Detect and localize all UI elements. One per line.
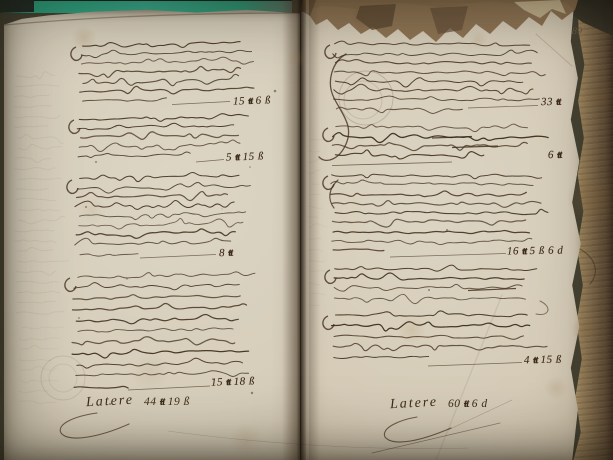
amount-left-entry-2: 5 tt 15 ß (226, 151, 264, 163)
amount-right-entry-2: 6 tt (548, 150, 562, 161)
amounts-layer: 89 Latere 44 tt 19 ß Latere 60 tt 6 d 15… (0, 0, 613, 460)
sum-amount-left: 44 tt 19 ß (144, 397, 190, 409)
amount-left-entry-1: 15 tt 6 ß (233, 95, 271, 107)
amount-right-entry-3: 16 tt 5 ß 6 d (507, 246, 564, 258)
sum-label-right: Latere (390, 396, 439, 412)
amount-right-entry-1: 33 tt (541, 97, 561, 108)
manuscript-photo: 89 Latere 44 tt 19 ß Latere 60 tt 6 d 15… (0, 0, 613, 460)
amount-right-entry-5: 4 tt 15 ß (524, 355, 562, 367)
amount-left-entry-3: 8 tt (219, 248, 233, 259)
folio-number: 89 (572, 26, 582, 37)
sum-amount-right: 60 tt 6 d (448, 399, 488, 411)
amount-left-entry-4: 15 tt 18 ß (211, 376, 255, 389)
sum-line-right: Latere 60 tt 6 d (390, 397, 488, 411)
sum-label-left: Latere (86, 394, 135, 410)
sum-line-left: Latere 44 tt 19 ß (86, 395, 190, 409)
